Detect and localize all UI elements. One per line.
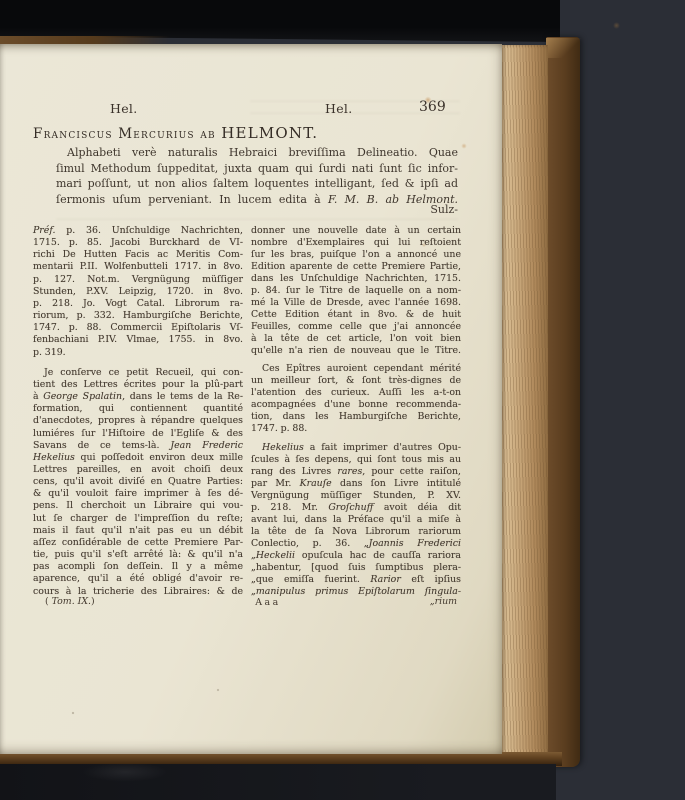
catchword-sulz: Sulz- (56, 203, 458, 216)
page-number: 369 (419, 99, 446, 115)
article-title: Franciscus Mercurius ab HELMONT. (33, 124, 461, 142)
right-column-paragraph-2: Ces Epîtres auroient cependant méritéun … (251, 363, 461, 435)
right-column: donner une nouvelle date à un certainnom… (251, 225, 461, 598)
right-column-paragraph-1: donner une nouvelle date à un certainnom… (251, 225, 461, 356)
right-column-paragraph-3: Hekelius a fait imprimer d'autres Opu-ſc… (251, 442, 461, 597)
catchword-rium: „rium (430, 596, 457, 607)
tome-label: ( Tom. IX.) (45, 596, 95, 607)
left-column: Préf. p. 36. Unſchuldige Nachrichten,171… (33, 225, 243, 598)
two-column-text: Préf. p. 36. Unſchuldige Nachrichten,171… (33, 225, 461, 598)
left-column-paragraph-1: Préf. p. 36. Unſchuldige Nachrichten,171… (33, 225, 243, 359)
page-text-layer: Hel. Hel. 369 Franciscus Mercurius ab HE… (0, 0, 685, 800)
intro-paragraph: Alphabeti verè naturalis Hebraici breviſ… (56, 145, 458, 207)
running-head-left: Hel. (110, 101, 137, 116)
book-scan-scene: Hel. Hel. 369 Franciscus Mercurius ab HE… (0, 0, 685, 800)
left-column-paragraph-2: Je conſerve ce petit Recueil, qui con-ti… (33, 367, 243, 598)
running-head-right: Hel. (325, 101, 352, 116)
page-foot-row: ( Tom. IX.) Aaa „rium (33, 596, 461, 610)
signature-mark: Aaa (198, 597, 338, 608)
